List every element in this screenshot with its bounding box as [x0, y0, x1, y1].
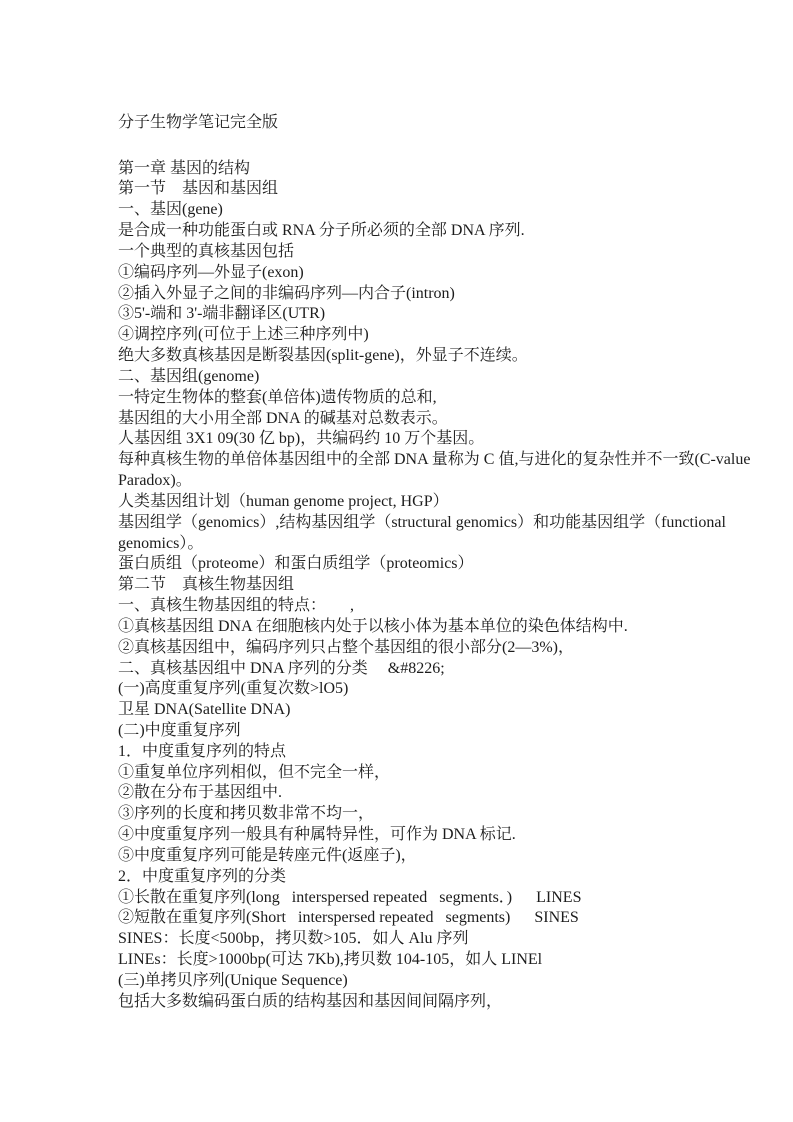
text-line: SINES：长度<500bp，拷贝数>105．如人 Alu 序列: [118, 929, 758, 950]
text-line: (二)中度重复序列: [118, 721, 758, 742]
document-text-block: 分子生物学笔记完全版 第一章 基因的结构第一节 基因和基因组一、基因(gene)…: [118, 113, 758, 1013]
text-line: 一、基因(gene): [118, 200, 758, 221]
text-line: 蛋白质组（proteome）和蛋白质组学（proteomics）: [118, 554, 758, 575]
text-line: 基因组学（genomics）,结构基因组学（structural genomic…: [118, 513, 758, 534]
text-line: ③5'-端和 3'-端非翻译区(UTR): [118, 304, 758, 325]
text-line: ②插入外显子之间的非编码序列—内合子(intron): [118, 284, 758, 305]
text-line: 第一章 基因的结构: [118, 159, 758, 180]
text-line: 一、真核生物基因组的特点： ,: [118, 596, 758, 617]
text-line: ③序列的长度和拷贝数非常不均一，: [118, 804, 758, 825]
text-line: Paradox)。: [118, 471, 758, 492]
text-line: 一个典型的真核基因包括: [118, 242, 758, 263]
text-line: ②真核基因组中，编码序列只占整个基因组的很小部分(2—3%)，: [118, 638, 758, 659]
text-line: ①编码序列—外显子(exon): [118, 263, 758, 284]
text-line: 人基因组 3X1 09(30 亿 bp)，共编码约 10 万个基因。: [118, 429, 758, 450]
text-line: ④中度重复序列一般具有种属特异性，可作为 DNA 标记.: [118, 825, 758, 846]
title-gap: [118, 134, 758, 159]
text-line: 卫星 DNA(Satellite DNA): [118, 700, 758, 721]
text-line: ⑤中度重复序列可能是转座元件(返座子)，: [118, 846, 758, 867]
document-page: 分子生物学笔记完全版 第一章 基因的结构第一节 基因和基因组一、基因(gene)…: [0, 0, 793, 1122]
text-line: 2．中度重复序列的分类: [118, 867, 758, 888]
text-line: 人类基因组计划（human genome project, HGP）: [118, 492, 758, 513]
text-line: 是合成一种功能蛋白或 RNA 分子所必须的全部 DNA 序列.: [118, 221, 758, 242]
text-line: LINEs：长度>1000bp(可达 7Kb),拷贝数 104-105，如人 L…: [118, 950, 758, 971]
text-line: 基因组的大小用全部 DNA 的碱基对总数表示。: [118, 409, 758, 430]
text-line: (三)单拷贝序列(Unique Sequence): [118, 971, 758, 992]
text-line: 二、基因组(genome): [118, 367, 758, 388]
text-line: ②短散在重复序列(Short interspersed repeated seg…: [118, 908, 758, 929]
text-line: 绝大多数真核基因是断裂基因(split-gene)，外显子不连续。: [118, 346, 758, 367]
text-line: ①长散在重复序列(long interspersed repeated segm…: [118, 888, 758, 909]
text-line: ①真核基因组 DNA 在细胞核内处于以核小体为基本单位的染色体结构中.: [118, 617, 758, 638]
text-line: 包括大多数编码蛋白质的结构基因和基因间间隔序列，: [118, 992, 758, 1013]
text-line: 第一节 基因和基因组: [118, 179, 758, 200]
text-line: 1．中度重复序列的特点: [118, 742, 758, 763]
text-line: genomics）。: [118, 534, 758, 555]
document-title: 分子生物学笔记完全版: [118, 113, 758, 134]
text-line: ②散在分布于基因组中.: [118, 783, 758, 804]
text-line: ④调控序列(可位于上述三种序列中): [118, 325, 758, 346]
text-line: ①重复单位序列相似，但不完全一样，: [118, 763, 758, 784]
document-body: 第一章 基因的结构第一节 基因和基因组一、基因(gene)是合成一种功能蛋白或 …: [118, 159, 758, 1013]
text-line: (一)高度重复序列(重复次数>lO5): [118, 679, 758, 700]
text-line: 第二节 真核生物基因组: [118, 575, 758, 596]
text-line: 二、真核基因组中 DNA 序列的分类 &#8226;: [118, 659, 758, 680]
text-line: 每种真核生物的单倍体基因组中的全部 DNA 量称为 C 值,与进化的复杂性并不一…: [118, 450, 758, 471]
text-line: 一特定生物体的整套(单倍体)遗传物质的总和,: [118, 388, 758, 409]
